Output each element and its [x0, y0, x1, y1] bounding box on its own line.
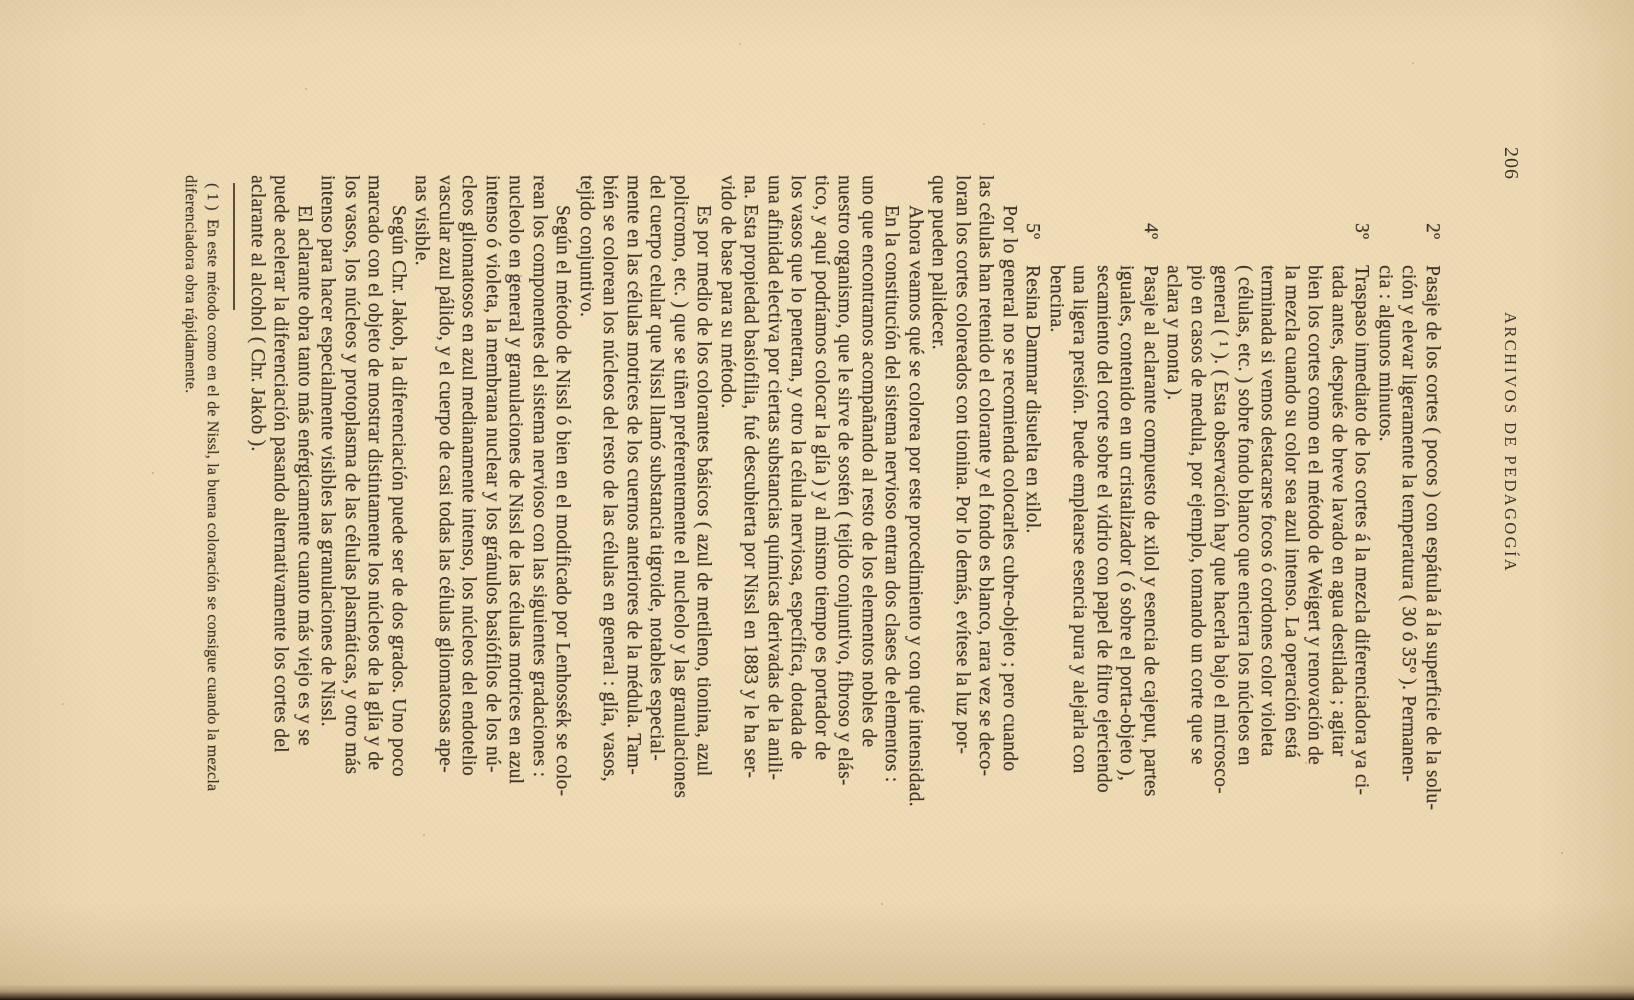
footnote-separator	[234, 183, 236, 310]
text-line: nucleolo en general y granulaciones de N…	[504, 175, 528, 940]
text-line: 2ºPasaje de los cortes ( pocos ) con esp…	[1421, 175, 1445, 940]
text-line: Por lo general no se recomienda colocarl…	[998, 175, 1022, 940]
text-line: vascular azul pálido, y el cuerpo de cas…	[434, 175, 458, 940]
list-item-number: 4º	[1139, 223, 1163, 265]
text-line: pio en casos de medula, por ejemplo, tom…	[1186, 175, 1210, 940]
text-line: tejido conjuntivo.	[575, 175, 599, 940]
text-line: vido de base para su método.	[716, 175, 740, 940]
list-item-text: Resina Dammar disuelta en xilol.	[1023, 265, 1044, 533]
text-line: aclara y monta ).	[1162, 175, 1186, 940]
text-line: los vasos, los núcleos y protoplasma de …	[340, 175, 364, 940]
text-line: bién se colorean los núcleos del resto d…	[598, 175, 622, 940]
text-line: puede acelerar la diferenciación pasando…	[269, 175, 293, 940]
list-item-number: 2º	[1421, 223, 1445, 265]
text-line: ción y elevar ligeramente la temperatura…	[1397, 175, 1421, 940]
list-item-text: Pasaje de los cortes ( pocos ) con espát…	[1422, 265, 1443, 810]
text-line: rean los componentes del sistema nervios…	[528, 175, 552, 940]
text-line: bien los cortes como en el método de Wei…	[1303, 175, 1327, 940]
footnote-line: diferenciadora obra rápidamente.	[180, 175, 202, 940]
text-line: El aclarante obra tanto más enérgicament…	[293, 175, 317, 940]
text-line: secamiento del corte sobre el vidrio con…	[1092, 175, 1116, 940]
text-line: iguales, contenido en un cristalizador (…	[1115, 175, 1139, 940]
page-header: 206 ARCHIVOS DE PEDAGOGÍA	[1496, 147, 1522, 940]
page-number: 206	[1499, 147, 1522, 180]
text-line: 5ºResina Dammar disuelta en xilol.	[1021, 175, 1045, 940]
text-line: cia : algunos minutos.	[1374, 175, 1398, 940]
list-item-text: Traspaso inmediato de los cortes á la me…	[1352, 265, 1373, 795]
footnote: ( 1 ) En este método como en el de Nissl…	[180, 175, 224, 940]
text-line: Es por medio de los colorantes básicos (…	[692, 175, 716, 940]
text-line: intenso para hacer especialmente visible…	[316, 175, 340, 940]
text-line: 3ºTraspaso inmediato de los cortes á la …	[1350, 175, 1374, 940]
text-flow: 2ºPasaje de los cortes ( pocos ) con esp…	[246, 175, 1445, 940]
list-item-number: 3º	[1350, 223, 1374, 265]
text-line: uno que encontramos acompañando al resto…	[857, 175, 881, 940]
text-line: cleos gliomatosos en azul medianamente i…	[457, 175, 481, 940]
text-line: la mezcla cuando su color sea azul inten…	[1280, 175, 1304, 940]
text-line: policromo, etc. ) que se tiñen preferent…	[669, 175, 693, 940]
rotated-page-content: 206 ARCHIVOS DE PEDAGOGÍA 2ºPasaje de lo…	[0, 0, 1634, 1000]
text-line: ( células, etc. ) sobre fondo blanco que…	[1233, 175, 1257, 940]
text-line: general ( ¹ ). ( Esta observación hay qu…	[1209, 175, 1233, 940]
text-line: Según el método de Nissl ó bien en el mo…	[551, 175, 575, 940]
footnote-line: ( 1 ) En este método como en el de Nissl…	[202, 175, 224, 940]
text-line: tico, y aquí podríamos colocar la glía )…	[810, 175, 834, 940]
text-line: intenso ó violeta, la membrana nuclear y…	[481, 175, 505, 940]
text-line: Según Chr. Jakob, la diferenciación pued…	[387, 175, 411, 940]
text-line: na. Esta propiedad basiofilia, fué descu…	[739, 175, 763, 940]
text-line: las células han retenido el colorante y …	[974, 175, 998, 940]
text-line: los vasos que lo penetran, y otro la cél…	[786, 175, 810, 940]
list-item-number: 5º	[1021, 223, 1045, 265]
text-line: tada antes, después de breve lavado en a…	[1327, 175, 1351, 940]
text-line: nas visible.	[410, 175, 434, 940]
scanned-book-page: 206 ARCHIVOS DE PEDAGOGÍA 2ºPasaje de lo…	[0, 0, 1634, 1000]
text-line: nuestro organismo, que le sirve de sosté…	[833, 175, 857, 940]
list-item-text: Pasaje al aclarante compuesto de xilol y…	[1140, 265, 1161, 797]
text-line: una ligera presión. Puede emplearse esen…	[1068, 175, 1092, 940]
text-line: terminada si vemos destacarse focos ó co…	[1256, 175, 1280, 940]
text-line: Ahora veamos qué se colorea por este pro…	[904, 175, 928, 940]
text-line: loran los cortes coloreados con tionina.…	[951, 175, 975, 940]
journal-title: ARCHIVOS DE PEDAGOGÍA	[1500, 312, 1520, 573]
text-line: del cuerpo celular que Nissl llamó subst…	[645, 175, 669, 940]
text-line: aclarante al alcohol ( Chr. Jakob ).	[246, 175, 270, 940]
text-line: mente en las células motrices de los cue…	[622, 175, 646, 940]
text-line: bencina.	[1045, 175, 1069, 940]
text-block: 206 ARCHIVOS DE PEDAGOGÍA 2ºPasaje de lo…	[180, 175, 1523, 940]
text-line: una afinidad electiva por ciertas substa…	[763, 175, 787, 940]
text-line: En la constitución del sistema nervioso …	[880, 175, 904, 940]
text-line: marcado con el objeto de mostrar distint…	[363, 175, 387, 940]
text-line: 4ºPasaje al aclarante compuesto de xilol…	[1139, 175, 1163, 940]
page-edge-shadow	[0, 984, 1634, 1000]
text-line: que pueden palidecer.	[927, 175, 951, 940]
